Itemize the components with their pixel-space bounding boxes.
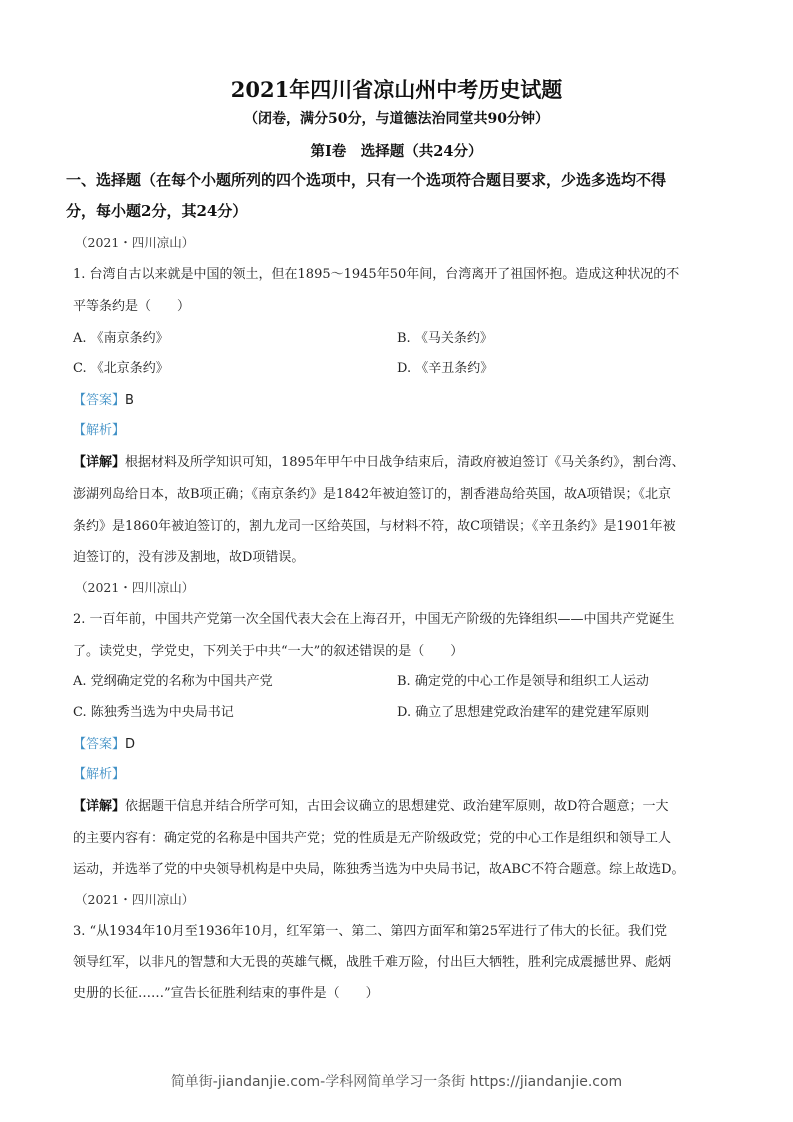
part-title: 第Ⅰ卷 选择题（共24分） [0,140,793,161]
question-1-answer: 【答案】B [73,393,728,409]
question-1-detail-line-3: 条约》是1860年被迫签订的，割九龙司一区给英国，与材料不符，故C项错误；《辛丑… [73,519,728,535]
question-1-detail-line-2: 澎湖列岛给日本，故B项正确；《南京条约》是1842年被迫签订的，割香港岛给英国，… [73,487,728,503]
question-1-detail-line-4: 迫签订的，没有涉及割地，故D项错误。 [73,550,728,566]
detail-label: 【详解】 [73,455,125,470]
question-2-analysis: 【解析】 [73,767,728,783]
question-1-stem-line-1: 1. 台湾自古以来就是中国的领土，但在1895～1945年50年间，台湾离开了祖… [73,267,728,283]
question-2-option-b: B. 确定党的中心工作是领导和组织工人运动 [397,674,649,690]
page-title: 2021年四川省凉山州中考历史试题 [0,74,793,104]
question-2-answer: 【答案】D [73,737,728,753]
detail-label: 【详解】 [73,799,125,814]
question-3-stem-line-3: 史册的长征……”宣告长征胜利结束的事件是（ ） [73,986,728,1002]
question-1-detail-line-1: 【详解】根据材料及所学知识可知，1895年甲午中日战争结束后，清政府被迫签订《马… [73,455,728,471]
exam-subtitle: （闭卷，满分50分，与道德法治同堂共90分钟） [0,108,793,128]
question-2-source: （2021・四川凉山） [75,580,730,596]
question-3-source: （2021・四川凉山） [75,892,730,908]
analysis-label: 【解析】 [73,423,125,438]
section-heading-line-1: 一、选择题（在每个小题所列的四个选项中，只有一个选项符合题目要求，少选多选均不得 [66,165,726,196]
answer-value: B [125,393,134,408]
question-2-stem-line-2: 了。读党史，学党史，下列关于中共“一大”的叙述错误的是（ ） [73,644,728,660]
question-2-option-c: C. 陈独秀当选为中央局书记 [73,705,234,721]
question-2-detail-line-2: 的主要内容有：确定党的名称是中国共产党；党的性质是无产阶级政党；党的中心工作是组… [73,831,728,847]
question-2-stem-line-1: 2. 一百年前，中国共产党第一次全国代表大会在上海召开，中国无产阶级的先锋组织—… [73,612,728,628]
question-3-stem-line-1: 3. “从1934年10月至1936年10月，红军第一、第二、第四方面军和第25… [73,924,728,940]
exam-page: 2021年四川省凉山州中考历史试题 （闭卷，满分50分，与道德法治同堂共90分钟… [0,0,793,1122]
question-1-option-c: C. 《北京条约》 [73,361,169,377]
question-1-analysis: 【解析】 [73,423,728,439]
answer-label: 【答案】 [73,737,125,752]
question-1-stem-line-2: 平等条约是（ ） [73,299,728,315]
question-1-source: （2021・四川凉山） [75,235,730,251]
question-2-detail-line-3: 运动，并选举了党的中央领导机构是中央局，陈独秀当选为中央局书记，故ABC不符合题… [73,862,728,878]
answer-value: D [125,737,135,752]
question-2-option-a: A. 党纲确定党的名称为中国共产党 [73,674,273,690]
analysis-label: 【解析】 [73,767,125,782]
question-1-option-b: B. 《马关条约》 [397,331,493,347]
question-2-option-d: D. 确立了思想建党政治建军的建党建军原则 [397,705,649,721]
question-3-stem-line-2: 领导红军，以非凡的智慧和大无畏的英雄气概，战胜千难万险，付出巨大牺牲，胜利完成震… [73,955,728,971]
question-2-detail-line-1: 【详解】依据题干信息并结合所学可知，古田会议确立的思想建党、政治建军原则，故D符… [73,799,728,815]
answer-label: 【答案】 [73,393,125,408]
question-1-option-a: A. 《南京条约》 [73,331,169,347]
question-1-option-d: D. 《辛丑条约》 [397,361,493,377]
watermark-footer: 简单街-jiandanjie.com-学科网简单学习一条街 https://ji… [0,1071,793,1091]
section-heading-line-2: 分，每小题2分，其24分） [66,196,726,227]
